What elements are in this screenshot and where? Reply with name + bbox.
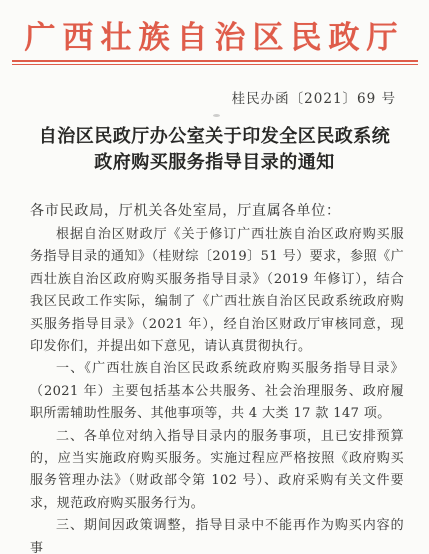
scan-artifact-speck <box>213 114 220 117</box>
document-reference-number: 桂民办函〔2021〕69 号 <box>0 87 429 107</box>
letterhead-agency-name: 广西壮族自治区民政厅 <box>0 0 429 55</box>
paragraph-item-2: 二、各单位对纳入指导目录内的服务事项，且已安排预算的，应当实施政府购买服务。实施… <box>30 426 404 516</box>
document-body: 根据自治区财政厅《关于修订广西壮族自治区政府购买服务指导目录的通知》（桂财综〔2… <box>30 224 404 554</box>
letterhead-divider <box>12 60 418 65</box>
paragraph-basis: 根据自治区财政厅《关于修订广西壮族自治区政府购买服务指导目录的通知》（桂财综〔2… <box>30 224 404 358</box>
document-title: 自治区民政厅办公室关于印发全区民政系统 政府购买服务指导目录的通知 <box>0 124 429 176</box>
document-title-line-1: 自治区民政厅办公室关于印发全区民政系统 <box>0 124 429 150</box>
scanned-document-page: 广西壮族自治区民政厅 桂民办函〔2021〕69 号 自治区民政厅办公室关于印发全… <box>0 0 429 554</box>
document-title-line-2: 政府购买服务指导目录的通知 <box>0 150 429 176</box>
salutation-line: 各市民政局，厅机关各处室局，厅直属各单位： <box>30 200 403 220</box>
paragraph-item-1: 一、《广西壮族自治区民政系统政府购买服务指导目录》（2021 年）主要包括基本公… <box>30 358 404 425</box>
paragraph-item-3-partial: 三、期间因政策调整，指导目录中不能再作为购买内容的事 <box>30 515 404 554</box>
